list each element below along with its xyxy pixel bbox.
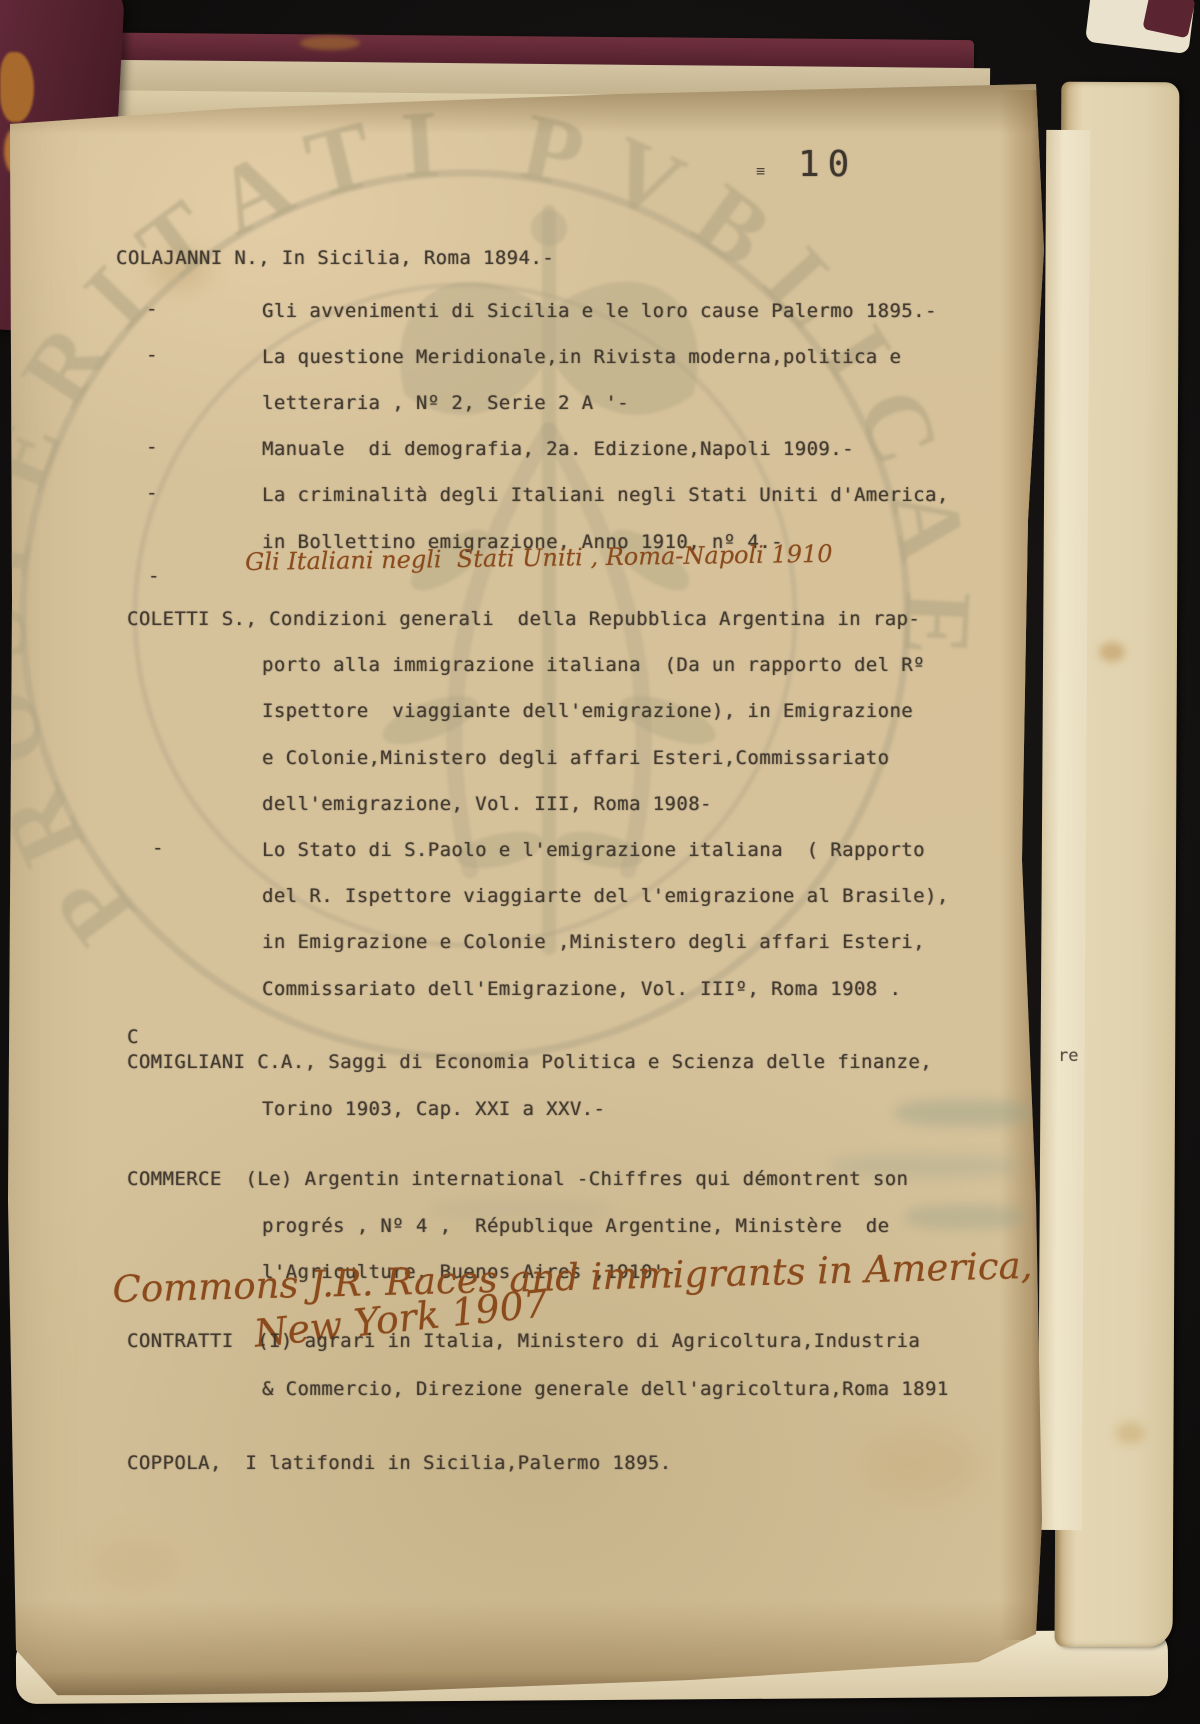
typed-line: CONTRATTI (I) agrari in Italia, Minister… [127,1330,920,1352]
paper-stain [1115,1422,1145,1444]
typed-line: & Commercio, Direzione generale dell'agr… [262,1378,949,1400]
typed-line: porto alla immigrazione italiana (Da un … [262,654,925,676]
typed-line: dell'emigrazione, Vol. III, Roma 1908- [262,793,712,815]
typed-line: COMMERCE (Le) Argentin international -Ch… [127,1168,908,1190]
entry-repeat-dash: - [146,298,158,320]
handwritten-annotation: Commons J.R. Races and immigrants in Ame… [112,1244,1033,1311]
typed-line: La questione Meridionale,in Rivista mode… [262,346,901,368]
entry-repeat-dash: - [152,837,164,859]
typed-line: in Emigrazione e Colonie ,Ministero degl… [262,931,925,953]
typed-line: La criminalità degli Italiani negli Stat… [262,484,949,506]
typed-line: progrés , Nº 4 , République Argentine, M… [262,1215,889,1237]
inner-page-sliver [1038,130,1091,1530]
typed-line: Ispettore viaggiante dell'emigrazione), … [262,700,913,722]
text-layer: COLAJANNI N., In Sicilia, Roma 1894.--Gl… [0,0,1200,1724]
typed-line: C [127,1026,139,1048]
typed-line: COLAJANNI N., In Sicilia, Roma 1894.- [116,247,554,269]
torn-leather-patch [0,52,34,122]
main-page: PROSPERITATI PVBLICAE [0,0,1200,1724]
entry-repeat-dash: - [146,344,158,366]
entry-repeat-dash: - [146,482,158,504]
paper-stain [1099,642,1125,662]
bleedthrough-text-fragment: re [1058,1046,1078,1066]
typed-line: Commissariato dell'Emigrazione, Vol. III… [262,978,901,1000]
typed-line: Torino 1903, Cap. XXI a XXV.- [262,1098,605,1120]
typed-line: letteraria , Nº 2, Serie 2 A '- [262,392,629,414]
entry-repeat-dash: - [146,436,158,458]
typed-line: Manuale di demografia, 2a. Edizione,Napo… [262,438,854,460]
scanned-book-page-photo: PROSPERITATI PVBLICAE [0,0,1200,1724]
typed-line: COPPOLA, I latifondi in Sicilia,Palermo … [127,1452,672,1474]
typed-line: e Colonie,Ministero degli affari Esteri,… [262,747,889,769]
entry-repeat-dash: - [148,565,160,587]
typed-line: Gli avvenimenti di Sicilia e le loro cau… [262,300,937,322]
typed-line: del R. Ispettore viaggiarte del l'emigra… [262,885,949,907]
typed-line: COLETTI S., Condizioni generali della Re… [127,608,920,630]
typed-line: COMIGLIANI C.A., Saggi di Economia Polit… [127,1051,932,1073]
torn-leather-patch [300,36,360,50]
typed-line: Lo Stato di S.Paolo e l'emigrazione ital… [262,839,925,861]
